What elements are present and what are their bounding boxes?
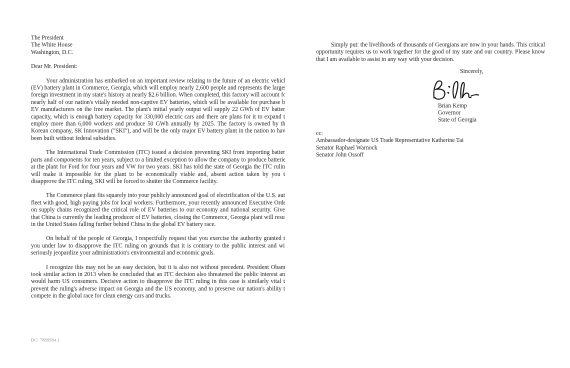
- cc-line-2: Senator Raphael Warnock: [316, 144, 545, 151]
- letter-page-2: Simply put: the livelihoods of thousands…: [285, 0, 570, 368]
- body-paragraph-2: The International Trade Commission (ITC)…: [31, 149, 288, 185]
- page1-text-block: The President The White House Washington…: [31, 34, 288, 299]
- recipient-line-1: The President: [31, 34, 288, 41]
- body-paragraph-1: Your administration has embarked on an i…: [31, 77, 288, 142]
- signer-state: State of Georgia: [438, 116, 545, 123]
- body-paragraph-6: Simply put: the livelihoods of thousands…: [316, 41, 545, 63]
- body-paragraph-3: The Commerce plant fits squarely into yo…: [31, 192, 288, 228]
- signer-title: Governor: [438, 109, 545, 116]
- cc-block: cc: Ambassador-designate US Trade Repres…: [316, 129, 545, 158]
- handwritten-signature-icon: [429, 77, 545, 101]
- body-paragraph-4: On behalf of the people of Georgia, I re…: [31, 235, 288, 257]
- body-paragraph-5: I recognize this may not be an easy deci…: [31, 263, 288, 299]
- closing-sincerely: Sincerely,: [460, 68, 545, 75]
- cc-line-1: Ambassador-designate US Trade Representa…: [316, 137, 545, 144]
- letter-two-page-spread: The President The White House Washington…: [0, 0, 570, 368]
- document-reference-footer: DC\ 7889584.1: [31, 338, 99, 349]
- salutation: Dear Mr. President:: [31, 63, 288, 70]
- cc-line-3: Senator John Ossoff: [316, 151, 545, 158]
- document-reference-number: DC\ 7889584.1: [31, 338, 60, 343]
- cc-label: cc:: [316, 129, 545, 136]
- recipient-line-3: Washington, D.C.: [31, 48, 288, 55]
- letter-page-1: The President The White House Washington…: [0, 0, 285, 368]
- recipient-address: The President The White House Washington…: [31, 34, 288, 56]
- signer-name: Brian Kemp: [438, 102, 545, 109]
- page2-text-block: Simply put: the livelihoods of thousands…: [316, 41, 545, 158]
- recipient-line-2: The White House: [31, 41, 288, 48]
- signer-block: Brian Kemp Governor State of Georgia: [438, 102, 545, 124]
